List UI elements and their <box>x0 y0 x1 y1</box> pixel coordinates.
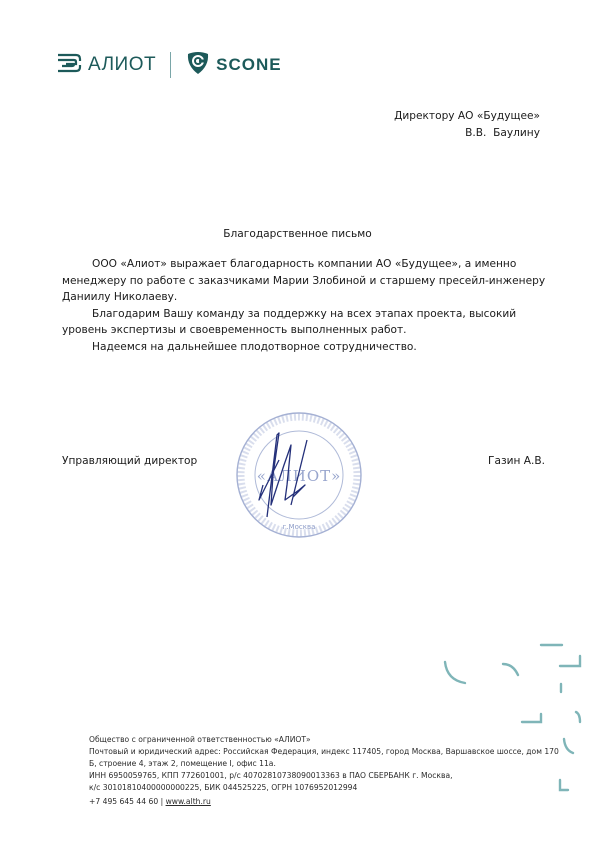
footer-line: Почтовый и юридический адрес: Российская… <box>89 746 559 758</box>
svg-text:«АЛИОТ»: «АЛИОТ» <box>257 467 342 485</box>
company-stamp: «АЛИОТ» г.Москва <box>229 405 369 545</box>
aliot-logo-text: АЛИОТ <box>88 54 156 76</box>
letterhead-logos: АЛИОТ SCONE <box>56 50 282 80</box>
signatory-name: Газин А.В. <box>488 455 545 467</box>
recipient-position: Директору АО «Будущее» <box>394 108 540 125</box>
company-requisites: Общество с ограниченной ответственностью… <box>89 734 559 794</box>
letter-title: Благодарственное письмо <box>0 228 595 240</box>
footer-line: Общество с ограниченной ответственностью… <box>89 734 559 746</box>
svg-text:г.Москва: г.Москва <box>283 523 316 531</box>
recipient-block: Директору АО «Будущее» В.В. Баулину <box>394 108 540 141</box>
logo-divider <box>170 52 171 78</box>
footer-line: к/с 30101810400000000225, БИК 044525225,… <box>89 782 559 794</box>
letter-paragraph: ООО «Алиот» выражает благодарность компа… <box>62 256 552 306</box>
aliot-logo-icon <box>56 52 82 78</box>
scone-logo-text: SCONE <box>216 55 281 75</box>
website-link[interactable]: www.alth.ru <box>166 797 211 806</box>
signatory-role: Управляющий директор <box>62 455 197 467</box>
phone-number: +7 495 645 44 60 <box>89 797 158 806</box>
footer-contacts: +7 495 645 44 60 | www.alth.ru <box>89 797 211 806</box>
recipient-name: В.В. Баулину <box>394 125 540 142</box>
letter-paragraph: Надеемся на дальнейшее плодотворное сотр… <box>62 339 552 356</box>
footer-line: Б, строение 4, этаж 2, помещение I, офис… <box>89 758 559 770</box>
letter-paragraph: Благодарим Вашу команду за поддержку на … <box>62 306 552 339</box>
footer-line: ИНН 6950059765, КПП 772601001, р/с 40702… <box>89 770 559 782</box>
letter-body: ООО «Алиот» выражает благодарность компа… <box>62 256 552 356</box>
scone-shield-icon <box>185 50 211 80</box>
contacts-separator: | <box>161 797 164 806</box>
